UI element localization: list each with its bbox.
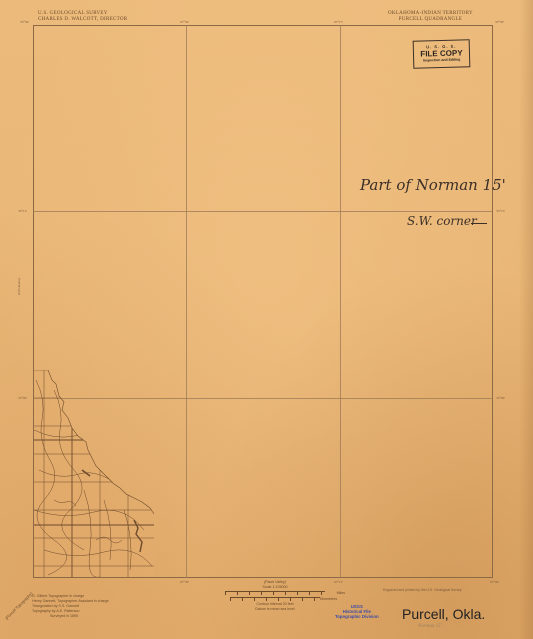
credit-line: Surveyed in 1895 (32, 614, 109, 619)
mapped-area-topography (34, 370, 154, 577)
grid-line-lon-2 (340, 25, 341, 578)
datum-note: Datum is mean sea level (205, 607, 345, 612)
coord-left-lat-1: 35°15' (18, 209, 27, 213)
scale-ratio: 1:125000 (273, 585, 288, 589)
miles-label: Miles (205, 591, 345, 596)
engraved-note: Engraved and printed by the U.S. Geologi… (383, 588, 462, 592)
header-quadrangle: OKLAHOMA-INDIAN TERRITORY PURCELL QUADRA… (388, 11, 473, 23)
scale-block: (Pauls Valley) Scale 1:125000 Miles Kilo… (205, 580, 345, 612)
coord-right-lat-2: 35°00' (496, 396, 505, 400)
handwritten-note-part-of-norman: Part of Norman 15' (360, 176, 506, 194)
header-publisher: U.S. GEOLOGICAL SURVEY CHARLES D. WALCOT… (38, 11, 127, 23)
scale-label: Scale (263, 585, 272, 589)
scale-title: Scale 1:125000 (205, 585, 345, 590)
usgs-stamp-line: Topographic Division (335, 614, 379, 619)
grid-line-lon-1 (186, 25, 187, 578)
survey-credits: G. Gilbert Topographer in charge Henry G… (32, 594, 109, 619)
coord-top-left: 35°30' (20, 20, 29, 24)
stamp-inspection: Inspection and Editing (414, 57, 469, 62)
quadrangle-line: PURCELL QUADRANGLE (388, 17, 473, 23)
coord-top-lon-2: 97°15' (334, 20, 343, 24)
coord-right-lat-1: 35°15' (496, 209, 505, 213)
adjoining-sheet-label: (Chickasha) (17, 278, 21, 295)
coord-bottom-right: 97°00' (490, 580, 499, 584)
coord-left-lat-2: 35°00' (18, 396, 27, 400)
handwritten-note-sw-corner: S.W. corner (407, 214, 477, 228)
coord-bottom-lon-1: 97°30' (180, 580, 189, 584)
file-copy-stamp: U. S. G. S. FILE COPY Inspection and Edi… (413, 39, 471, 68)
director-line: CHARLES D. WALCOTT, DIRECTOR (38, 17, 127, 23)
coord-top-right: 35°30' (495, 20, 504, 24)
handwritten-title: Purcell, Okla. (402, 606, 485, 622)
handwritten-subnote: Norman 15' (418, 624, 442, 629)
coord-top-lon-1: 97°30' (180, 20, 189, 24)
usgs-historical-stamp: USGS Historical File Topographic Divisio… (335, 604, 379, 620)
grid-line-lat-1 (33, 211, 493, 212)
